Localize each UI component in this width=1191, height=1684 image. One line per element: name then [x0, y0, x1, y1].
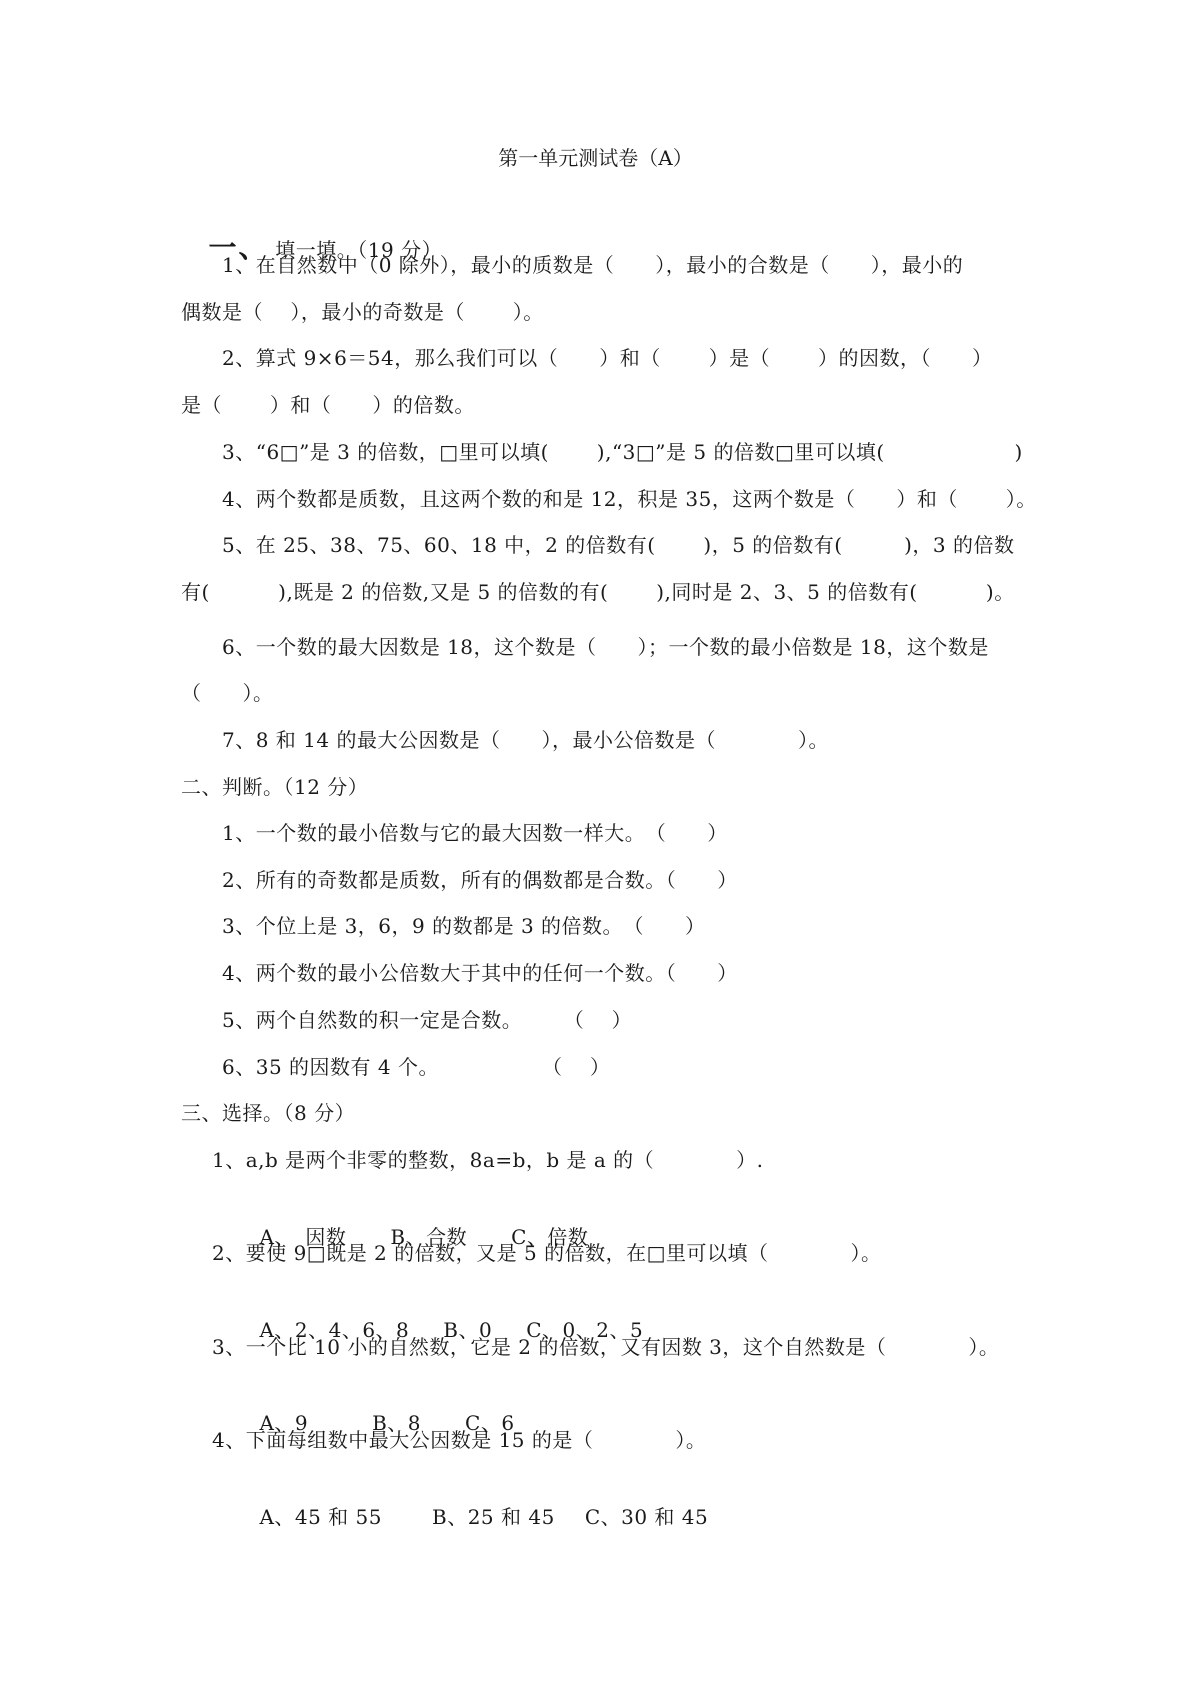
fill-question-1-line-2: 偶数是（ ），最小的奇数是（ ）。: [181, 297, 544, 327]
section-3-heading: 三、选择。（8 分）: [181, 1098, 355, 1128]
fill-question-5-line-1: 5、在 25、38、75、60、18 中，2 的倍数有( )，5 的倍数有( )…: [222, 530, 1015, 560]
fill-question-7: 7、8 和 14 的最大公因数是（ ），最小公倍数是（ ）。: [222, 725, 829, 755]
judge-question-4: 4、两个数的最小公倍数大于其中的任何一个数。（ ）: [222, 958, 738, 988]
fill-question-3: 3、“6□”是 3 的倍数，□里可以填( ),“3□”是 5 的倍数□里可以填(…: [222, 437, 1023, 467]
judge-question-3: 3、个位上是 3，6，9 的数都是 3 的倍数。 （ ）: [222, 911, 706, 941]
section-1-heading: 一、 填一填。（19 分）: [181, 203, 442, 233]
judge-question-2: 2、所有的奇数都是质数，所有的偶数都是合数。（ ）: [222, 865, 738, 895]
choice-question-1: 1、a,b 是两个非零的整数，8a=b，b 是 a 的（ ）.: [212, 1145, 764, 1175]
judge-question-6: 6、35 的因数有 4 个。 （ ）: [222, 1052, 610, 1082]
judge-question-1: 1、一个数的最小倍数与它的最大因数一样大。 （ ）: [222, 818, 728, 848]
fill-question-2-line-1: 2、算式 9×6＝54，那么我们可以（ ）和（ ）是（ ）的因数，（ ）: [222, 343, 992, 373]
option-a: A、45 和 55: [259, 1505, 382, 1529]
fill-question-2-line-2: 是（ ）和（ ）的倍数。: [181, 390, 475, 420]
choice-question-3-options: A、9B、8C、6: [232, 1378, 515, 1408]
fill-question-6-line-2: （ ）。: [181, 678, 274, 708]
choice-question-2: 2、要使 9□既是 2 的倍数，又是 5 的倍数，在□里可以填（ ）。: [212, 1238, 881, 1268]
fill-question-4: 4、两个数都是质数，且这两个数的和是 12，积是 35，这两个数是（ ）和（ ）…: [222, 484, 1037, 514]
choice-question-4-options: A、45 和 55B、25 和 45C、30 和 45: [232, 1472, 708, 1502]
section-2-heading: 二、判断。（12 分）: [181, 772, 368, 802]
choice-question-4: 4、下面每组数中最大公因数是 15 的是（ ）。: [212, 1425, 706, 1455]
choice-question-2-options: A、2、4、6、8B、0C、0、2、5: [232, 1285, 643, 1315]
option-b: B、25 和 45: [432, 1505, 555, 1529]
option-c: C、30 和 45: [585, 1505, 708, 1529]
judge-question-5: 5、两个自然数的积一定是合数。 （ ）: [222, 1005, 632, 1035]
fill-question-5-line-2: 有( ),既是 2 的倍数,又是 5 的倍数的有( ),同时是 2、3、5 的倍…: [181, 577, 1015, 607]
choice-question-3: 3、一个比 10 小的自然数，它是 2 的倍数，又有因数 3，这个自然数是（ ）…: [212, 1332, 999, 1362]
fill-question-6-line-1: 6、一个数的最大因数是 18，这个数是（ ）；一个数的最小倍数是 18，这个数是: [222, 632, 989, 662]
page-title: 第一单元测试卷（A）: [0, 143, 1191, 173]
choice-question-1-options: A、 因数B、合数C、倍数: [232, 1192, 588, 1222]
fill-question-1-line-1: 1、在自然数中（0 除外），最小的质数是（ ），最小的合数是（ ），最小的: [222, 250, 963, 280]
